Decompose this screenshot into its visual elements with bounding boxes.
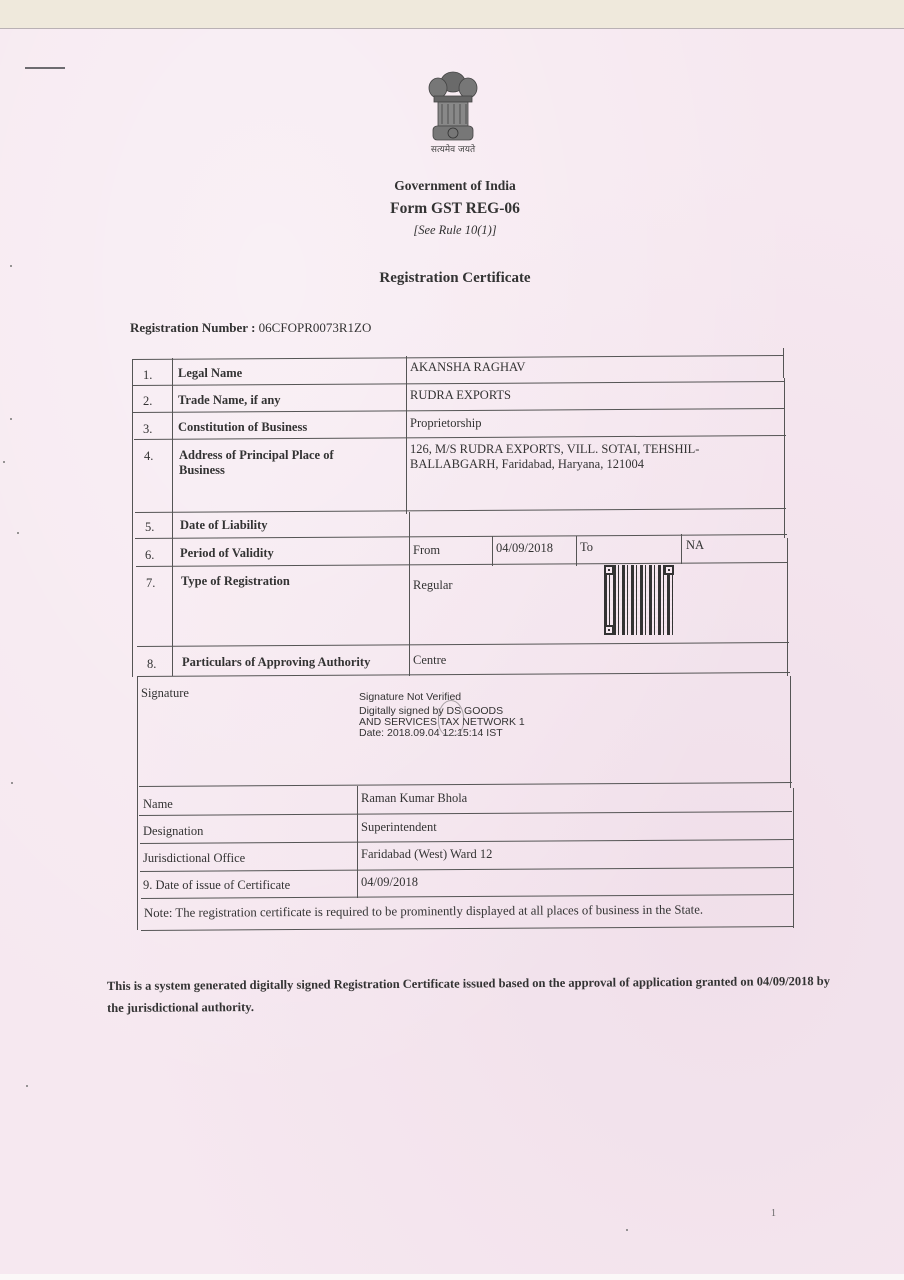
trade-name-label: Trade Name, if any	[178, 393, 281, 408]
signature-label: Signature	[141, 686, 189, 701]
scan-speck	[626, 1229, 628, 1231]
rule-reference: [See Rule 10(1)]	[300, 223, 610, 238]
validity-to-label: To	[580, 540, 593, 555]
period-of-validity-label: Period of Validity	[180, 546, 274, 561]
trade-name-value: RUDRA EXPORTS	[410, 388, 511, 403]
officer-name-value: Raman Kumar Bhola	[361, 791, 467, 806]
officer-name-label: Name	[143, 797, 173, 812]
row-number: 5.	[145, 520, 154, 535]
row-number: 4.	[144, 449, 153, 464]
registration-number-value: 06CFOPR0073R1ZO	[259, 320, 372, 335]
government-heading: Government of India	[300, 178, 610, 194]
validity-from-label: From	[413, 543, 440, 558]
jurisdictional-office-value: Faridabad (West) Ward 12	[361, 847, 492, 862]
validity-to-date: NA	[686, 538, 704, 553]
registration-number: Registration Number : 06CFOPR0073R1ZO	[130, 320, 371, 336]
scan-speck	[26, 1085, 28, 1087]
date-of-liability-label: Date of Liability	[180, 518, 268, 533]
footer-statement: This is a system generated digitally sig…	[107, 970, 837, 1019]
row-number: 3.	[143, 422, 152, 437]
address-label: Address of Principal Place of Business	[179, 448, 379, 478]
row-number: 2.	[143, 394, 152, 409]
signature-check-mark-icon	[438, 700, 464, 736]
registration-type-value: Regular	[413, 578, 453, 593]
registration-type-label: Type of Registration	[181, 574, 290, 589]
address-value: 126, M/S RUDRA EXPORTS, VILL. SOTAI, TEH…	[410, 442, 750, 472]
designation-label: Designation	[143, 824, 203, 839]
scan-speck	[17, 532, 19, 534]
approving-authority-value: Centre	[413, 653, 446, 668]
signature-status: Signature Not Verified	[359, 692, 525, 703]
scan-bottom-edge	[0, 1274, 904, 1280]
pen-mark	[25, 67, 65, 69]
scan-speck	[3, 461, 5, 463]
legal-name-value: AKANSHA RAGHAV	[410, 360, 525, 375]
constitution-label: Constitution of Business	[178, 420, 307, 435]
emblem-motto: सत्यमेव जयते	[400, 142, 506, 155]
designation-value: Superintendent	[361, 820, 437, 835]
jurisdictional-office-label: Jurisdictional Office	[143, 851, 245, 866]
legal-name-label: Legal Name	[178, 366, 242, 381]
issue-date-value: 04/09/2018	[361, 875, 418, 890]
row-number: 6.	[145, 548, 154, 563]
row-number: 1.	[143, 368, 152, 383]
validity-from-date: 04/09/2018	[496, 541, 553, 556]
scan-speck	[10, 418, 12, 420]
form-title: Form GST REG-06	[300, 200, 610, 218]
registration-number-label: Registration Number :	[130, 320, 255, 335]
approving-authority-label: Particulars of Approving Authority	[182, 655, 370, 670]
certificate-title: Registration Certificate	[300, 270, 610, 287]
scan-top-edge	[0, 0, 904, 28]
issue-date-label: 9. Date of issue of Certificate	[143, 878, 290, 893]
qr-code	[604, 565, 674, 635]
page-number: 1	[771, 1208, 776, 1219]
row-number: 8.	[147, 657, 156, 672]
scan-speck	[10, 265, 12, 267]
row-number: 7.	[146, 576, 155, 591]
scan-speck	[11, 782, 13, 784]
constitution-value: Proprietorship	[410, 416, 482, 431]
